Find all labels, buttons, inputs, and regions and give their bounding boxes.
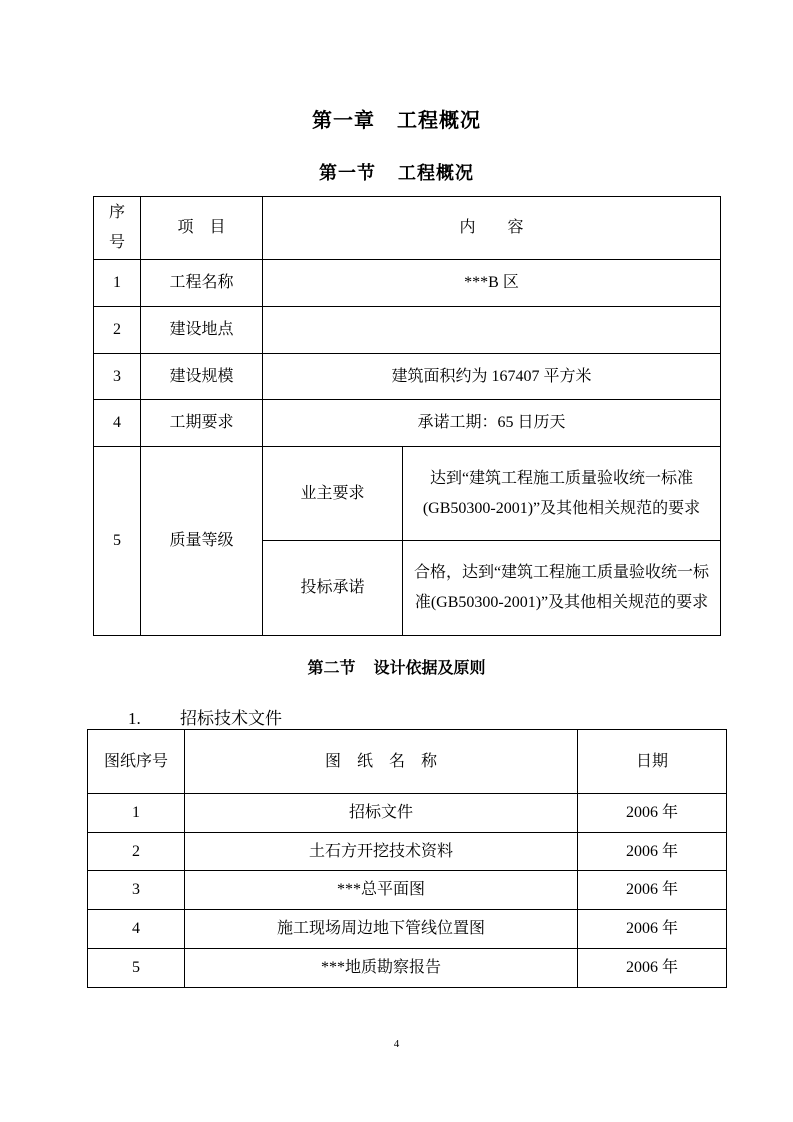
row-seq: 2 [88, 833, 185, 871]
row-item: 工程名称 [141, 260, 263, 307]
table-row-quality: 5 质量等级 业主要求 达到“建筑工程施工质量验收统一标准(GB50300-20… [94, 447, 721, 541]
table-header-row: 图纸序号 图 纸 名 称 日期 [88, 730, 727, 794]
section-2-title: 第二节设计依据及原则 [0, 655, 793, 678]
row-date: 2006 年 [578, 833, 727, 871]
quality-sub-label: 投标承诺 [263, 541, 403, 636]
row-seq: 2 [94, 307, 141, 354]
table-row: 4 工期要求 承诺工期：65 日历天 [94, 400, 721, 447]
table-header-row: 序号 项 目 内 容 [94, 197, 721, 260]
row-seq: 5 [88, 949, 185, 988]
quality-sub-label: 业主要求 [263, 447, 403, 541]
row-seq: 3 [88, 871, 185, 910]
row-name: 招标文件 [185, 794, 578, 833]
row-seq: 5 [94, 447, 141, 636]
header-seq: 图纸序号 [88, 730, 185, 794]
section-1-title: 第一节工程概况 [0, 159, 793, 185]
project-overview-table: 序号 项 目 内 容 1 工程名称 ***B 区 2 建设地点 3 建设规模 建… [93, 196, 721, 636]
row-item: 质量等级 [141, 447, 263, 636]
row-name: 施工现场周边地下管线位置图 [185, 910, 578, 949]
subsection-title: 招标技术文件 [180, 709, 282, 728]
row-name: 土石方开挖技术资料 [185, 833, 578, 871]
page-number: 4 [0, 1038, 793, 1050]
section-1-name: 工程概况 [398, 163, 474, 183]
chapter-prefix: 第一章 [312, 110, 375, 132]
table-row: 2 土石方开挖技术资料 2006 年 [88, 833, 727, 871]
row-date: 2006 年 [578, 794, 727, 833]
row-content: 承诺工期：65 日历天 [263, 400, 721, 447]
row-seq: 1 [88, 794, 185, 833]
table-row: 5 ***地质勘察报告 2006 年 [88, 949, 727, 988]
header-name: 图 纸 名 称 [185, 730, 578, 794]
table-row: 2 建设地点 [94, 307, 721, 354]
section-2-name: 设计依据及原则 [374, 660, 486, 677]
header-seq: 序号 [94, 197, 141, 260]
chapter-name: 工程概况 [397, 110, 481, 132]
subsection-number: 1. [128, 709, 180, 729]
quality-sub-content: 合格，达到“建筑工程施工质量验收统一标准(GB50300-2001)”及其他相关… [403, 541, 721, 636]
row-name: ***总平面图 [185, 871, 578, 910]
row-seq: 4 [94, 400, 141, 447]
tender-documents-table: 图纸序号 图 纸 名 称 日期 1 招标文件 2006 年 2 土石方开挖技术资… [87, 729, 727, 988]
section-1-prefix: 第一节 [319, 163, 376, 183]
row-content: ***B 区 [263, 260, 721, 307]
row-date: 2006 年 [578, 949, 727, 988]
quality-sub-content: 达到“建筑工程施工质量验收统一标准(GB50300-2001)”及其他相关规范的… [403, 447, 721, 541]
row-item: 建设地点 [141, 307, 263, 354]
table-row: 4 施工现场周边地下管线位置图 2006 年 [88, 910, 727, 949]
header-date: 日期 [578, 730, 727, 794]
row-content: 建筑面积约为 167407 平方米 [263, 354, 721, 400]
table-row: 3 ***总平面图 2006 年 [88, 871, 727, 910]
table-row: 1 工程名称 ***B 区 [94, 260, 721, 307]
subsection-heading: 1.招标技术文件 [128, 704, 282, 729]
table-row: 1 招标文件 2006 年 [88, 794, 727, 833]
row-content [263, 307, 721, 354]
header-content: 内 容 [263, 197, 721, 260]
table-row: 3 建设规模 建筑面积约为 167407 平方米 [94, 354, 721, 400]
chapter-title: 第一章工程概况 [0, 104, 793, 133]
row-seq: 3 [94, 354, 141, 400]
row-item: 建设规模 [141, 354, 263, 400]
row-seq: 1 [94, 260, 141, 307]
row-item: 工期要求 [141, 400, 263, 447]
row-name: ***地质勘察报告 [185, 949, 578, 988]
row-date: 2006 年 [578, 910, 727, 949]
row-seq: 4 [88, 910, 185, 949]
row-date: 2006 年 [578, 871, 727, 910]
section-2-prefix: 第二节 [307, 660, 355, 677]
header-item: 项 目 [141, 197, 263, 260]
